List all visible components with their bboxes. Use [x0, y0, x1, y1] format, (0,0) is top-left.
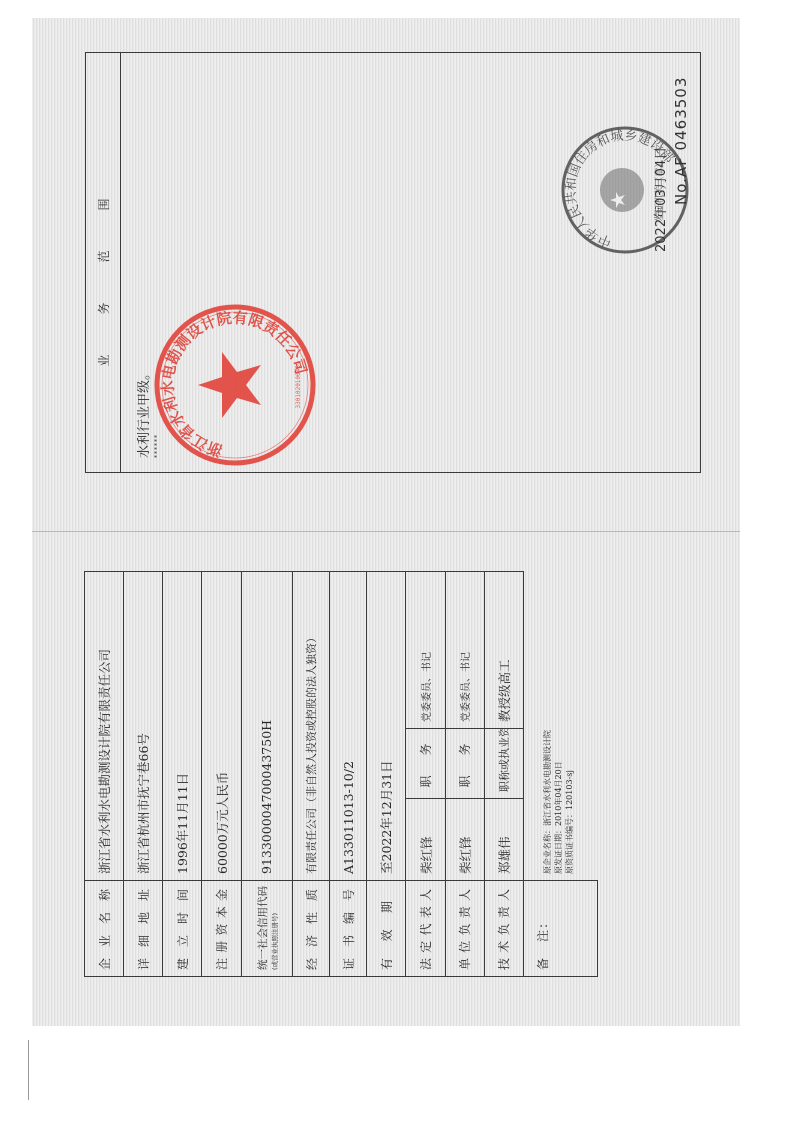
row-unit-head: 单位负责人 柴红锋 职 务 党委委员、书记 [445, 571, 484, 976]
row-remarks: 备 注: 原企业名称：浙江省水利水电勘测设计院 原发证日期：2010年04月20… [524, 571, 598, 976]
value-cert-number: A133011013-10/2 [330, 571, 367, 880]
scan-edge [28, 1040, 29, 1100]
value-validity: 至2022年12月31日 [367, 571, 406, 880]
label-credit-code-text: 统一社会信用代码 [257, 886, 269, 970]
row-address: 详细地址 浙江省杭州市抚宁巷66号 [124, 571, 163, 976]
remarks-lines: 原企业名称：浙江省水利水电勘测设计院 原发证日期：2010年04月20日 原资质… [534, 577, 575, 874]
label-tech-head-qualification: 职称或执业资格 [484, 729, 523, 799]
value-credit-code: 913300004700043750H [241, 571, 293, 880]
value-economic-nature: 有限责任公司（非自然人投资或控股的法人独资） [293, 571, 330, 880]
remarks-line: 原发证日期：2010年04月20日 [553, 577, 564, 874]
value-established: 1996年11月11日 [163, 571, 202, 880]
label-cert-number: 证书编号 [330, 881, 367, 977]
row-tech-head: 技术负责人 郑雄伟 职称或执业资格 教授级高工 [484, 571, 523, 976]
label-credit-code-sub: (或营业执照注册号) [270, 887, 279, 970]
label-address: 详细地址 [124, 881, 163, 977]
row-credit-code: 统一社会信用代码 (或营业执照注册号) 913300004700043750H [241, 571, 293, 976]
issue-date-month: 03 [654, 189, 669, 206]
label-credit-code: 统一社会信用代码 (或营业执照注册号) [241, 881, 293, 977]
label-tech-head: 技术负责人 [484, 881, 523, 977]
serial-number: No.AF 0463503 [672, 77, 690, 205]
row-validity: 有效期 至2022年12月31日 [367, 571, 406, 976]
issue-date-day: 04 [654, 160, 669, 177]
row-cert-number: 证书编号 A133011013-10/2 [330, 571, 367, 976]
issue-date-year-suffix: 年 [654, 206, 669, 219]
row-economic-nature: 经济性质 有限责任公司（非自然人投资或控股的法人独资） [293, 571, 330, 976]
value-legal-rep-name: 柴红锋 [406, 799, 445, 881]
label-established: 建立时间 [163, 881, 202, 977]
remarks-line: 原企业名称：浙江省水利水电勘测设计院 [542, 577, 553, 874]
enterprise-info-table: 企业名称 浙江省水利水电勘测设计院有限责任公司 详细地址 浙江省杭州市抚宁巷66… [84, 571, 598, 977]
row-legal-rep: 法定代表人 柴红锋 职 务 党委委员、书记 [406, 571, 445, 976]
enterprise-info-table-container: 企业名称 浙江省水利水电勘测设计院有限责任公司 详细地址 浙江省杭州市抚宁巷66… [84, 572, 598, 977]
value-unit-head-name: 柴红锋 [445, 799, 484, 881]
value-unit-head-title: 党委委员、书记 [445, 571, 484, 728]
issue-date: 2022年03月04日 [650, 147, 669, 252]
label-validity: 有效期 [367, 881, 406, 977]
label-remarks: 备 注: [524, 881, 598, 977]
label-capital: 注册资本金 [202, 881, 241, 977]
label-unit-head-title: 职 务 [445, 729, 484, 799]
label-legal-rep: 法定代表人 [406, 881, 445, 977]
row-company-name: 企业名称 浙江省水利水电勘测设计院有限责任公司 [85, 571, 124, 976]
value-tech-head-qualification: 教授级高工 [484, 571, 523, 728]
label-company-name: 企业名称 [85, 881, 124, 977]
value-legal-rep-title: 党委委员、书记 [406, 571, 445, 728]
row-established: 建立时间 1996年11月11日 [163, 571, 202, 976]
issue-date-month-suffix: 月 [654, 176, 669, 189]
label-unit-head: 单位负责人 [445, 881, 484, 977]
value-address: 浙江省杭州市抚宁巷66号 [124, 571, 163, 880]
row-capital: 注册资本金 60000万元人民币 [202, 571, 241, 976]
remarks-label: 备 注: [536, 922, 550, 970]
label-legal-rep-title: 职 务 [406, 729, 445, 799]
business-scope-header: 业务范围 [86, 53, 121, 472]
issue-date-day-suffix: 日 [654, 147, 669, 160]
value-company-name: 浙江省水利水电勘测设计院有限责任公司 [85, 571, 124, 880]
page-fold [32, 531, 740, 532]
company-seal-icon: 浙江省水利水电勘测设计院有限责任公司 3301020100469 [150, 300, 320, 470]
company-seal-code: 3301020100469 [295, 361, 302, 408]
remarks-line: 原资质证书编号：120103-sj [564, 577, 575, 874]
issue-date-year: 2022 [654, 219, 669, 252]
label-economic-nature: 经济性质 [293, 881, 330, 977]
remarks-content: 原企业名称：浙江省水利水电勘测设计院 原发证日期：2010年04月20日 原资质… [524, 571, 598, 880]
value-capital: 60000万元人民币 [202, 571, 241, 880]
value-tech-head-name: 郑雄伟 [484, 799, 523, 881]
